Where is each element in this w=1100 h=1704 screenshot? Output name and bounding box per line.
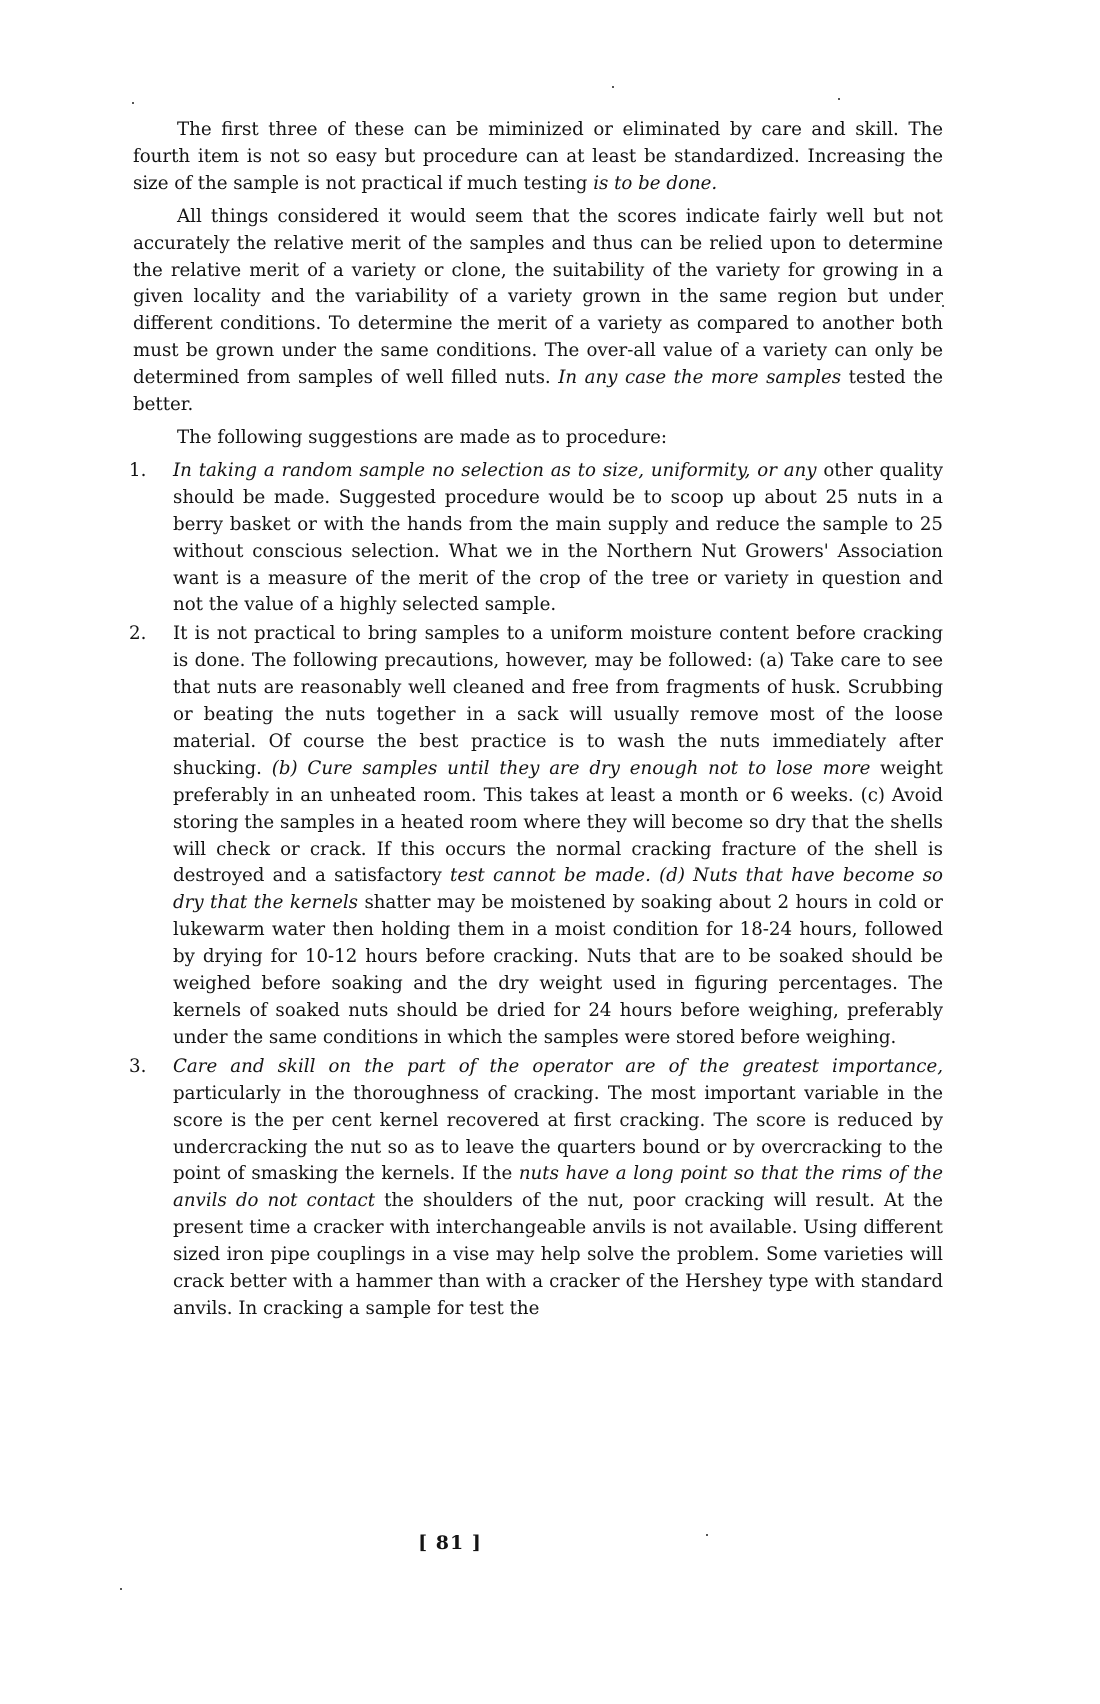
list-item-1: 1. In taking a random sample no selectio… [133,458,943,619]
list-text-italic: Care and skill on the part of the operat… [173,1056,943,1077]
scan-speck [612,86,614,88]
scan-speck [132,102,134,104]
paragraph-text: The following suggestions are made as to… [177,427,667,448]
paragraph-first-three: The first three of these can be miminize… [133,117,943,198]
list-text: It is not practical to bring samples to … [173,623,943,779]
paragraph-text: The first three of these can be miminize… [133,119,943,194]
scan-speck [706,1534,708,1536]
text-column: The first three of these can be miminize… [133,117,943,1325]
list-item-2: 2. It is not practical to bring samples … [133,621,943,1052]
document-page: The first three of these can be miminize… [0,0,1100,1704]
list-number: 3. [129,1054,146,1081]
page-number: [ 81 ] [0,1532,1000,1554]
list-text-italic: In taking a random sample no selection a… [173,460,817,481]
scan-speck [120,1588,122,1590]
list-number: 2. [129,621,146,648]
scan-speck [942,305,944,307]
list-number: 1. [129,458,146,485]
list-item-3: 3. Care and skill on the part of the ope… [133,1054,943,1323]
list-text: other quality should be made. Suggested … [173,460,943,616]
list-text: shatter may be moistened by soaking abou… [173,892,943,1048]
paragraph-text: All things considered it would seem that… [133,206,943,388]
paragraph-all-things-considered: All things considered it would seem that… [133,204,943,419]
scan-speck [838,98,840,100]
paragraph-text-italic: is to be done. [593,173,717,194]
list-text-italic: (b) Cure samples until they are dry enou… [272,758,871,779]
paragraph-text-italic: In any case the more samples [558,367,841,388]
paragraph-suggestions-intro: The following suggestions are made as to… [133,425,943,452]
procedure-list: 1. In taking a random sample no selectio… [133,458,943,1323]
